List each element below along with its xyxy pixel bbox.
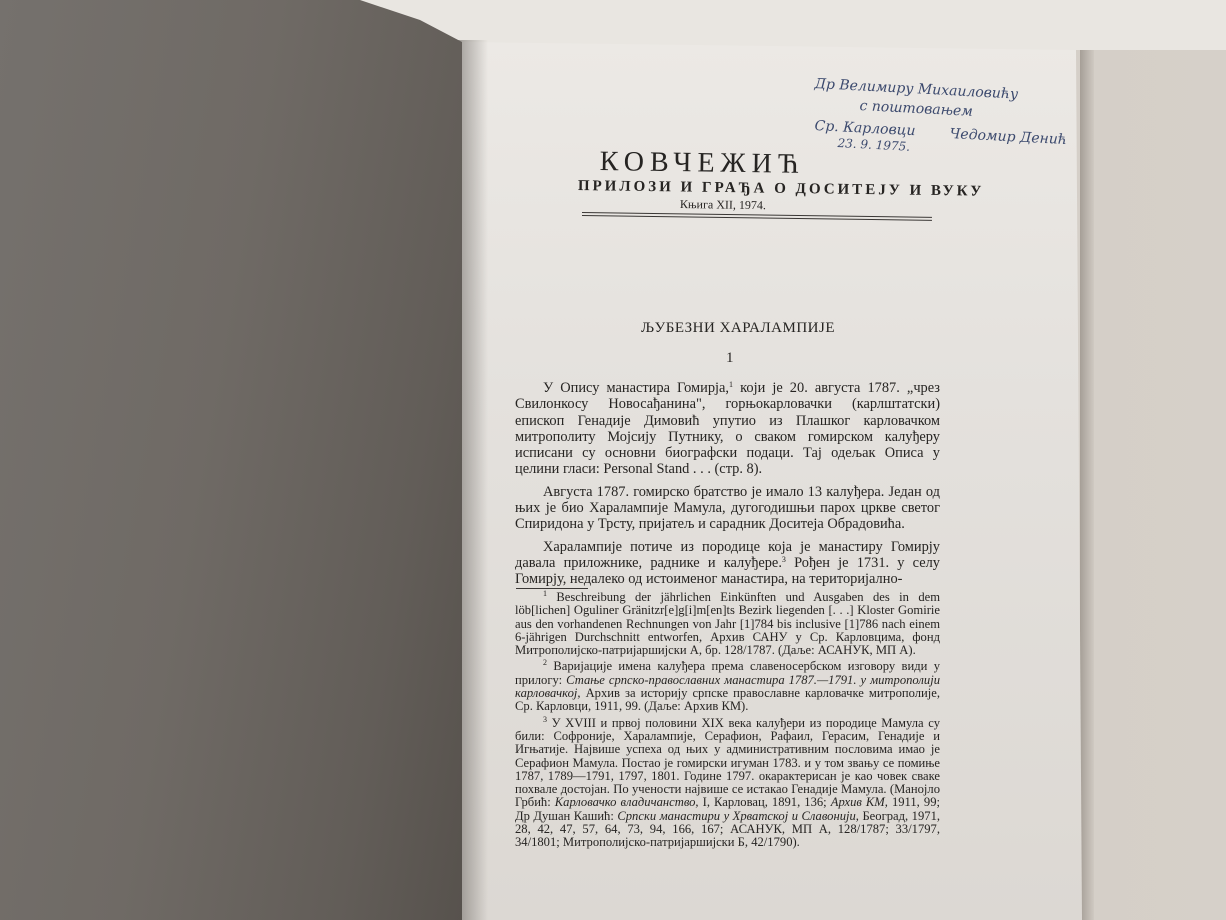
footnote-separator [516,588,588,589]
body-paragraph: Августа 1787. гомирско братство је имало… [515,484,940,533]
article-body: У Опису манастира Гомирја,1 који је 20. … [515,380,940,588]
article-title: ЉУБЕЗНИ ХАРАЛАМПИЈЕ [641,320,835,337]
page-stack-edge [1080,50,1094,920]
footnote-1: 1 Beschreibung der jährlichen Einkünften… [515,591,940,657]
body-paragraph: Харалампије потиче из породице која је м… [515,539,940,588]
footnote-3: 3 У XVIII и првој половини XIX века калу… [515,717,940,850]
journal-title: КОВЧЕЖИЋ [600,146,805,181]
footnotes: 1 Beschreibung der jährlichen Einkünften… [515,591,940,853]
journal-volume: Књига XII, 1974. [680,197,766,213]
footnote-2: 2 Варијације имена калуђера према славен… [515,660,940,713]
section-number: 1 [726,350,734,367]
body-paragraph: У Опису манастира Гомирја,1 који је 20. … [515,380,940,478]
photo-scene: Др Велимиру Михаиловићу с поштовањем Ср.… [0,0,1226,920]
left-cover [0,0,462,920]
